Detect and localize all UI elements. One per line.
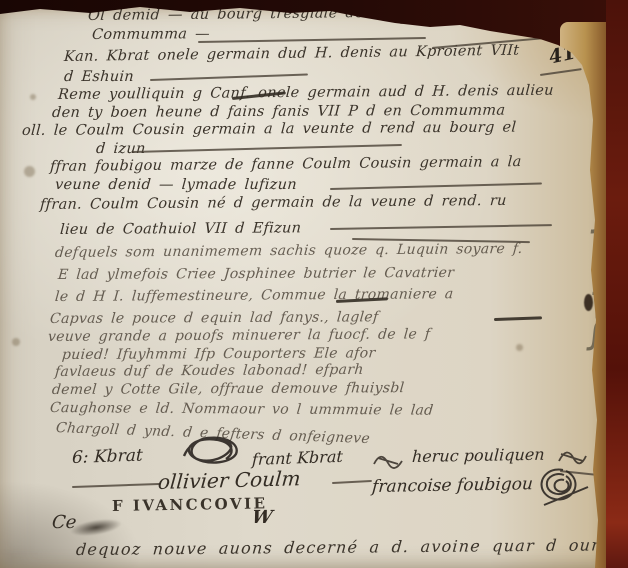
handwriting-line: veuve grande a pouofs minuerer la fuocf.… (47, 326, 431, 345)
signature-heruc-pouliquen: heruc pouliquen (412, 445, 546, 466)
age-spot (24, 166, 35, 177)
handwriting-line: Caughonse e ld. Nommaour vo l ummmuie le… (49, 400, 434, 419)
handwriting-line: favlaeus duf de Koudes labonad! efparh (54, 362, 364, 380)
paraph-scribble (178, 432, 244, 468)
age-spot (12, 338, 20, 346)
manuscript-paper: 41 Ol demid — au bourg tresgiale de St f… (0, 0, 628, 568)
manuscript-photo: 41 Ol demid — au bourg tresgiale de St f… (0, 0, 628, 568)
flourish-line (332, 480, 372, 484)
handwriting-line: le d H I. luffemestineure, Commue la tro… (54, 286, 454, 305)
handwriting-line: E lad ylmefois Criee Josphinee butrier l… (57, 265, 454, 283)
flourish-line (72, 483, 160, 488)
handwriting-line: oll. le Coulm Cousin germain a la veunte… (21, 120, 516, 139)
handwriting-line: lieu de Coathuiol VII d Efizun (59, 220, 301, 238)
handwriting-line: d Eshuin (63, 69, 134, 85)
handwriting-line: puied! Ifuyhmmi Ifp Couporters Ele afor (61, 345, 376, 363)
book-binding-edge (606, 0, 628, 568)
handwriting-line: Reme youlliquin g Canf. onele germain au… (58, 83, 555, 103)
handwriting-line: Ol demid — au bourg tresgiale de St faui… (88, 4, 516, 24)
signature-ollivier-coulm: ollivier Coulm (157, 466, 302, 494)
flourish-line (198, 37, 426, 43)
handwriting-line: defquels som unanimemem sachis quoze q. … (54, 241, 523, 261)
paraph-squiggle (556, 445, 588, 467)
age-spot (30, 94, 36, 100)
handwriting-line: ffran. Coulm Cousin né d germain de la v… (40, 193, 508, 213)
flourish-line (330, 182, 542, 189)
strikethrough-mark (494, 316, 542, 320)
flourish-line (400, 10, 568, 23)
paraph-squiggle (372, 450, 406, 470)
handwriting-line: veune denid — lymade lufizun (54, 177, 297, 193)
paraph-monogram: W (251, 507, 274, 528)
flourish-line (540, 68, 582, 75)
handwriting-line: ffran foubigou marze de fanne Coulm Cous… (50, 154, 523, 175)
flourish-line (150, 73, 308, 80)
closing-line: dequoz nouve auons decerné a d. avoine q… (75, 535, 601, 559)
handwriting-line: demel y Cotte Gile, offraue demouve fhui… (51, 380, 405, 398)
paraph-circle (540, 465, 592, 509)
signature-f-ivanccovie: F IVANCCOVIE (112, 494, 268, 515)
handwriting-line: d izun (95, 141, 146, 157)
signature-francoise-soubigou: francoise foubigou (371, 474, 533, 497)
flourish-line (132, 144, 402, 153)
age-spot (516, 344, 523, 351)
signature-g-kerbrat: 6: Kbrat (72, 446, 143, 468)
handwriting-line: Commumma — (91, 26, 210, 43)
handwriting-line: Capvas le pouce d equin lad fanys., lagl… (49, 309, 379, 327)
edge-ink-blot (584, 294, 593, 311)
ink-smudge (69, 516, 123, 539)
handwriting-line: den ty boen heune d fains fanis VII P d … (51, 103, 505, 121)
flourish-line (330, 224, 552, 229)
